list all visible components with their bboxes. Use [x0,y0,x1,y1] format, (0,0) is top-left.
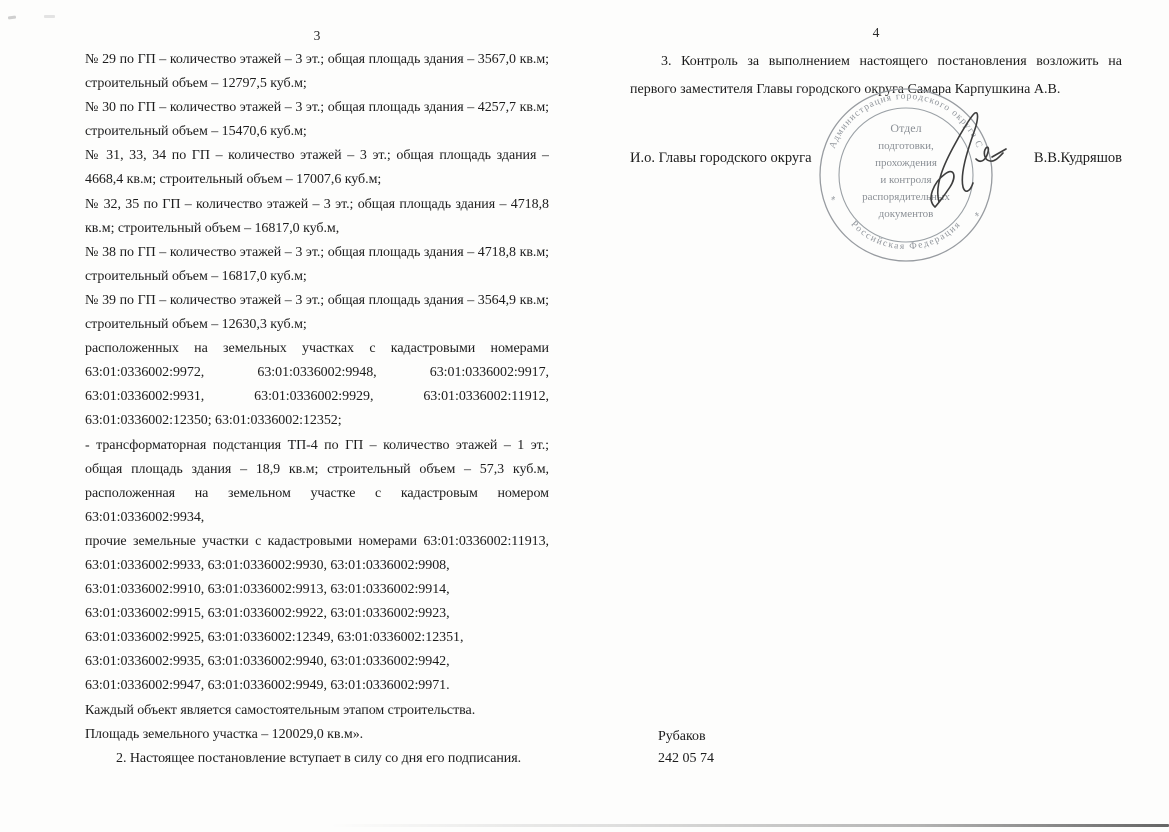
text-line: 63:01:0336002:9931, 63:01:0336002:9929, … [85,385,549,409]
text-line: строительный объем – 12630,3 куб.м; [85,313,549,337]
page-4: 4 3. Контроль за выполнением настоящего … [630,20,1122,820]
official-stamp: Администрация городского округа С Россий… [808,86,1018,268]
text-line: общая площадь здания – 18,9 кв.м; строит… [85,458,549,482]
stamp-and-signature: Администрация городского округа С Россий… [808,86,1018,268]
text-line: № 29 по ГП – количество этажей – 3 эт.; … [85,48,549,72]
text-line: кв.м; строительный объем – 16817,0 куб.м… [85,217,549,241]
page-number-4: 4 [630,20,1122,46]
text-line: 63:01:0336002:9935, 63:01:0336002:9940, … [85,650,549,674]
text-line: 63:01:0336002:9915, 63:01:0336002:9922, … [85,602,549,626]
text-line: 63:01:0336002:9925, 63:01:0336002:12349,… [85,626,549,650]
stamp-center-line: Отдел [890,121,921,135]
text-line: прочие земельные участки с кадастровыми … [85,530,549,554]
stamp-ring-bottom-text: Российская Федерация [849,219,964,252]
text-line: № 30 по ГП – количество этажей – 3 эт.; … [85,96,549,120]
text-line: 2. Настоящее постановление вступает в си… [85,747,549,771]
text-line: Площадь земельного участка – 120029,0 кв… [85,723,549,747]
text-line: № 32, 35 по ГП – количество этажей – 3 э… [85,193,549,217]
scan-edge-line [330,824,1169,827]
text-line: 63:01:0336002:9947, 63:01:0336002:9949, … [85,674,549,698]
text-line: строительный объем – 16817,0 куб.м; [85,265,549,289]
text-line: 4668,4 кв.м; строительный объем – 17007,… [85,168,549,192]
text-line: расположенная на земельном участке с кад… [85,482,549,506]
text-line: 3. Контроль за выполнением настоящего по… [630,48,1122,76]
scanned-document: { "colors": { "ink": "#1c1c1c", "stamp_g… [0,0,1169,832]
text-line: 63:01:0336002:9972, 63:01:0336002:9948, … [85,361,549,385]
page-3-text-body: № 29 по ГП – количество этажей – 3 эт.; … [85,48,549,771]
executor-name: Рубаков [658,726,714,748]
signer-name: В.В.Кудряшов [1034,150,1122,167]
stamp-center-line: документов [879,208,934,220]
text-line: Каждый объект является самостоятельным э… [85,699,549,723]
scan-artifact [8,15,16,19]
text-line: № 39 по ГП – количество этажей – 3 эт.; … [85,289,549,313]
text-line: строительный объем – 15470,6 куб.м; [85,120,549,144]
page-number-3: 3 [85,24,549,48]
text-line: № 38 по ГП – количество этажей – 3 эт.; … [85,241,549,265]
stamp-star-left: * [829,194,841,204]
executor-phone: 242 05 74 [658,748,714,770]
text-line: 63:01:0336002:9934, [85,506,549,530]
text-line: 63:01:0336002:12350; 63:01:0336002:12352… [85,409,549,433]
text-line: расположенных на земельных участках с ка… [85,337,549,361]
signature-line: И.о. Главы городского округа В.В.Кудряшо… [630,150,1122,167]
text-line: - трансформаторная подстанция ТП-4 по ГП… [85,434,549,458]
page-3: 3 № 29 по ГП – количество этажей – 3 эт.… [85,24,549,771]
text-line: 63:01:0336002:9910, 63:01:0336002:9913, … [85,578,549,602]
text-line: 63:01:0336002:9933, 63:01:0336002:9930, … [85,554,549,578]
stamp-center-line: и контроля [880,174,931,186]
executor-block: Рубаков 242 05 74 [658,726,714,770]
text-line: строительный объем – 12797,5 куб.м; [85,72,549,96]
text-line: № 31, 33, 34 по ГП – количество этажей –… [85,144,549,168]
scan-artifact [44,15,55,18]
signer-title: И.о. Главы городского округа [630,150,812,167]
